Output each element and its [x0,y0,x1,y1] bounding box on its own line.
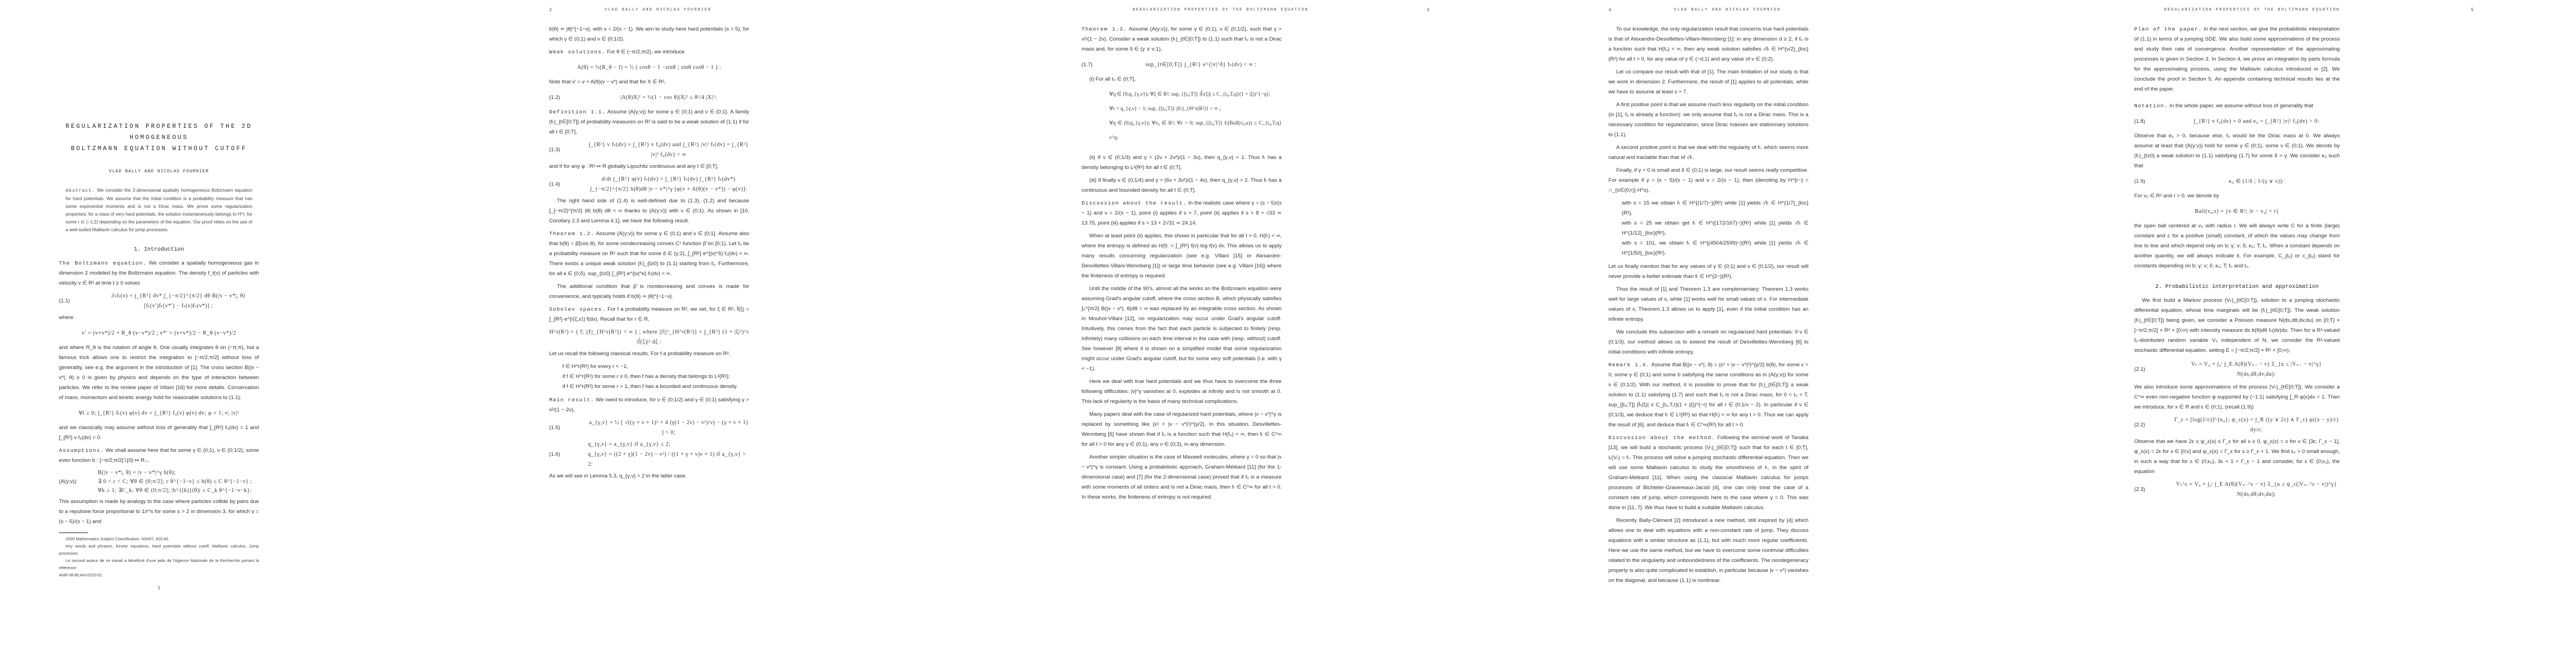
equation-1-1: (1.1) ∂ₜfₜ(v) = ∫_{R²} dv* ∫_{−π/2}^{π/2… [59,291,259,311]
equation-1-6: (1.6) q_{γ,ν} = a_{γ,ν} if a_{γ,ν} ≤ 2; … [549,440,749,470]
equation-line: ∃ 0 < c < C; ∀θ ∈ (0;π/2]; c θ^{−1−ν} ≤ … [98,477,259,486]
equation-body: ∀t ≥ 0; ∫_{R²} fₜ(v) φ(v) dv = ∫_{R²} f₀… [59,409,259,419]
page-number: 2 [549,8,552,13]
equation-2-2: (2.2) Γ_ε = [log(1/ε)]^{κ₀}; ψ_ε(x) = ∫_… [2134,415,2340,435]
list-item: f ∈ H^r(R²) for every r < −1; [554,362,749,372]
theorem-item-ii: (ii) If ν ∈ (0;1/3) and γ > (2ν + 2ν²)/(… [1082,153,1282,173]
equation-1-7: (1.7) sup_{t∈[0;T]} ∫_{R²} e^{|v|^δ} fₜ(… [1082,57,1282,73]
running-head: VLAD BALLY AND NICOLAS FOURNIER [605,8,711,12]
equation-number: (A(γ;ν)) [59,477,98,487]
paragraph: We conclude this subsection with a remar… [1608,327,1808,357]
paragraph: where [59,313,259,323]
paragraph: This assumption is made by analogy to th… [59,497,259,527]
equation-body: ∫_{R²} v fₜ(dv) = ∫_{R²} v f₀(dv) and ∫_… [588,140,749,160]
paragraph: Main result. We need to introduce, for ν… [549,395,749,415]
title-line-2: BOLTZMANN EQUATION WITHOUT CUTOFF [59,143,259,155]
equation-body: Ball(v₀;r) = {v ∈ R²; |v − v₀| < r} [2134,207,2340,217]
equation-line: q_{γ,ν} = a_{γ,ν} if a_{γ,ν} ≤ 2; [588,440,749,450]
page-4: 4 VLAD BALLY AND NICOLAS FOURNIER To our… [1551,0,2067,667]
paragraph-label: The Boltzmann equation. [59,260,147,266]
page-3: REGULARIZATION PROPERTIES OF THE BOLTZMA… [1034,0,1551,667]
equation-body: Γ_ε = [log(1/ε)]^{κ₀}; ψ_ε(x) = ∫_R ((y … [2173,415,2340,435]
list-item: with s = 25 we obtain get fₜ ∈ H^{(172/1… [1613,218,1808,238]
paragraph: We first build a Markov process (Vₜ)_{t∈… [2134,296,2340,356]
page-5-content: Plan of the paper. In the next section, … [2134,24,2340,501]
abstract: Abstract. We consider the 2-dimensional … [66,187,252,234]
paragraph-label: Remark 1.4. [1608,362,1650,368]
list-item: with s = 15 we obtain fₜ ∈ H^{(1/7)−}(R²… [1613,198,1808,218]
running-head: VLAD BALLY AND NICOLAS FOURNIER [1674,8,1781,12]
equation-number: (1.8) [2134,117,2173,127]
equation-line: ∀k ≥ 1; ∃C_k; ∀θ ∈ (0;π/2]; |b^{(k)}(θ)|… [98,486,259,495]
equation-line: ∀r < q_{γ,ν} − 1; sup_{[t₀;T]} ||fₜ||_{H… [1109,102,1282,116]
paragraph: Another simpler situation is the case of… [1082,452,1282,502]
equation-1-3: (1.3) ∫_{R²} v fₜ(dv) = ∫_{R²} v f₀(dv) … [549,140,749,160]
paragraph: and we classically may assume without lo… [59,423,259,443]
paragraph-text: For θ ∈ (−π/2;π/2), we introduce [607,49,685,55]
equation-2-1: (2.1) Vₜ = V₀ + ∫₀ᵗ ∫_E A(θ)(Vₛ₋ − v) 𝟙_… [2134,359,2340,381]
recall-list: f ∈ H^r(R²) for every r < −1; if f ∈ H^r… [554,362,749,392]
paper-title: REGULARIZATION PROPERTIES OF THE 2D HOMO… [59,121,259,155]
footnote: Le second auteur de ce travail a bénéfic… [59,557,259,571]
equation-number: (1.7) [1082,60,1120,70]
equation-Hr: H^r(R²) = { f; ||f||_{H^r(R²)} < ∞ } ; w… [549,327,749,347]
equation-body: Vₜ^ε = V₀ + ∫₀ᵗ ∫_E A(θ)(Vₛ₋^ε − v) 𝟙_{u… [2173,480,2340,500]
page-2: 2 VLAD BALLY AND NICOLAS FOURNIER b(θ) ≃… [517,0,1034,667]
equation-line: B(|v − v*|, θ) = |v − v*|^γ b(θ); [98,469,259,477]
theorem-item-i-equations: ∀q ∈ (0;q_{γ,ν}); ∀ξ ∈ R²; sup_{[t₀;T]} … [1082,87,1282,145]
page-1: REGULARIZATION PROPERTIES OF THE 2D HOMO… [0,0,517,667]
paragraph-text: Assume (A(γ;ν)) for some γ ∈ (0;1) and ν… [549,231,749,277]
paragraph: Thus the result of [1] and Theorem 1.3 a… [1608,285,1808,325]
paragraph-text: In the next section, we give the probabi… [2134,26,2340,92]
paragraph: Let us recall the following classical re… [549,349,749,359]
paragraph-label: Notation. [2134,103,2168,109]
equation-number: (2.2) [2134,420,2173,430]
paragraph: Observe that e₀ > 0, because else, f₀ wo… [2134,131,2340,171]
paragraph: Sobolev spaces. For f a probability meas… [549,305,749,325]
theorem-item-i: (i) For all t₀ ∈ (0;T], [1082,74,1282,84]
equation-A-theta: A(θ) = ½(R_θ − I) = ½ ( cosθ − 1 −sinθ ;… [549,60,749,76]
paragraph: and if for any φ : R² ↦ R globally Lipsc… [549,162,749,172]
equation-body: q_{γ,ν} = a_{γ,ν} if a_{γ,ν} ≤ 2; q_{γ,ν… [588,440,749,470]
page-1-content: REGULARIZATION PROPERTIES OF THE 2D HOMO… [59,121,259,593]
equation-body: a_{γ,ν} = ½ [ √((γ + ν + 1)² + 4 (γ(1 − … [588,418,749,438]
paragraph-label: Plan of the paper. [2134,26,2202,32]
footnote: 2000 Mathematics Subject Classification.… [59,535,259,542]
equation-line: ∀q ∈ (0;q_{γ,ν}); ∀v₀ ∈ R²; ∀ε > 0; sup_… [1109,116,1282,145]
paragraph: the open ball centered at v₀ with radius… [2134,221,2340,271]
abstract-label: Abstract. [66,188,95,193]
equation-number: (1.5) [549,423,588,433]
paragraph: To our knowledge, the only regularizatio… [1608,24,1808,64]
paragraph: We also introduce some approximations of… [2134,382,2340,412]
paragraph-label: Assumptions. [59,447,104,454]
equation-body: ∂ₜfₜ(v) = ∫_{R²} dv* ∫_{−π/2}^{π/2} dθ B… [98,291,259,311]
footnote: Key words and phrases. Kinetic equations… [59,542,259,557]
paragraph: Note that v′ = v + A(θ)(v − v*) and that… [549,77,749,87]
equation-1-9: (1.9) κ₀ ∈ (1/δ ; 1/(γ ∨ ν)): [2134,174,2340,190]
equation-number: (2.3) [2134,485,2173,495]
theorem-item-iii: (iii) If finally ν ∈ (0;1/4) and γ > (6ν… [1082,176,1282,196]
paragraph: Plan of the paper. In the next section, … [2134,24,2340,94]
equation-body: |A(θ)X|² = ½(1 − cos θ)|X|² ≤ θ²/4 |X|²: [588,93,749,103]
equation-number: (1.3) [549,145,588,155]
equation-body: d/dt ∫_{R²} φ(v) fₜ(dv) = ∫_{R²} fₜ(dv) … [588,175,749,195]
paragraph-label: Theorem 1.3. [1082,26,1127,32]
page-number: 3 [1427,8,1429,13]
equation-2-3: (2.3) Vₜ^ε = V₀ + ∫₀ᵗ ∫_E A(θ)(Vₛ₋^ε − v… [2134,480,2340,500]
paragraph: and where R_θ is the rotation of angle θ… [59,343,259,403]
theorem-1-3: Theorem 1.3. Assume (A(γ;ν)), for some γ… [1082,24,1282,54]
list-item: if f ∈ H^r(R²) for some r > 1, then f ha… [554,382,749,392]
paragraph: Many papers deal with the case of regula… [1082,410,1282,450]
page-3-content: Theorem 1.3. Assume (A(γ;ν)), for some γ… [1082,24,1282,505]
example-list: with s = 15 we obtain fₜ ∈ H^{(1/7)−}(R²… [1613,198,1808,258]
page-number: 4 [1608,8,1611,13]
paragraph: Here we deal with true hard potentials a… [1082,377,1282,407]
authors: VLAD BALLY AND NICOLAS FOURNIER [59,167,259,177]
page-number: 1 [59,583,259,593]
paragraph-text: Following the seminal work of Tanaka [13… [1608,435,1808,511]
page-5: REGULARIZATION PROPERTIES OF THE BOLTZMA… [2067,0,2576,667]
paragraph-text: Assume that B(|v − v*|, θ) = (ε² + |v − … [1608,362,1808,428]
paragraph: Discussion about the method. Following t… [1608,433,1808,513]
equation-1-4: (1.4) d/dt ∫_{R²} φ(v) fₜ(dv) = ∫_{R²} f… [549,175,749,195]
page-2-content: b(θ) ≃ |θ|^{−1−ν}, with ν = 2/(s − 1). W… [549,24,749,484]
paragraph: The additional condition that β̃ is nond… [549,282,749,302]
page-4-content: To our knowledge, the only regularizatio… [1608,24,1808,589]
paragraph: Notation. In the whole paper, we assume … [2134,101,2340,111]
paragraph-label: Discussion about the result. [1082,200,1187,206]
equation-body: H^r(R²) = { f; ||f||_{H^r(R²)} < ∞ } ; w… [549,327,749,347]
paragraph: Discussion about the result. In the real… [1082,198,1282,228]
equation-number: (2.1) [2134,365,2173,375]
paragraph-label: Weak solutions. [549,49,605,55]
equation-body: Vₜ = V₀ + ∫₀ᵗ ∫_E A(θ)(Vₛ₋ − v) 𝟙_{u ≤ |… [2173,360,2340,380]
equation-1-8: (1.8) ∫_{R²} v f₀(dv) = 0 and e₀ = ∫_{R²… [2134,114,2340,130]
equation-assumption-A: (A(γ;ν)) B(|v − v*|, θ) = |v − v*|^γ b(θ… [59,469,259,495]
equation-number: (1.6) [549,450,588,460]
equation-body: A(θ) = ½(R_θ − I) = ½ ( cosθ − 1 −sinθ ;… [549,63,749,73]
paragraph: A second positive point is that we deal … [1608,143,1808,163]
paragraph: Assumptions. We shall assume here that f… [59,446,259,466]
paragraph-label: Theorem 1.2. [549,231,595,237]
footnote-rule [59,532,88,533]
equation-body: ∫_{R²} v f₀(dv) = 0 and e₀ = ∫_{R²} |v|²… [2173,117,2340,127]
paragraph: Until the middle of the 90's, almost all… [1082,284,1282,374]
section-heading-probabilistic: 2. Probabilistic interpretation and appr… [2134,282,2340,292]
paragraph: The Boltzmann equation. We consider a sp… [59,258,259,288]
equation-ball: Ball(v₀;r) = {v ∈ R²; |v − v₀| < r} [2134,204,2340,220]
paragraph-label: Discussion about the method. [1608,435,1715,441]
running-head: REGULARIZATION PROPERTIES OF THE BOLTZMA… [1133,8,1308,12]
running-head: REGULARIZATION PROPERTIES OF THE BOLTZMA… [2164,8,2340,12]
paragraph-label: Sobolev spaces. [549,306,606,312]
equation-body: sup_{t∈[0;T]} ∫_{R²} e^{|v|^δ} fₜ(dv) < … [1120,60,1282,70]
paragraph: Let us finally mention that for any valu… [1608,262,1808,282]
paragraph: The right hand side of (1.4) is well-def… [549,196,749,226]
equation-conservation: ∀t ≥ 0; ∫_{R²} fₜ(v) φ(v) dv = ∫_{R²} f₀… [59,406,259,421]
equation-1-5: (1.5) a_{γ,ν} = ½ [ √((γ + ν + 1)² + 4 (… [549,418,749,438]
list-item: if f ∈ H^r(R²) for some r ≥ 0, then f ha… [554,372,749,382]
equation-number: (1.4) [549,180,588,190]
paragraph: Finally, if γ > 0 is small and δ ∈ (0;1)… [1608,166,1808,196]
paragraph: b(θ) ≃ |θ|^{−1−ν}, with ν = 2/(s − 1). W… [549,24,749,44]
paragraph: Observe that we have 2ε ≤ ψ_ε(x) ≤ Γ_ε f… [2134,437,2340,477]
remark-1-4: Remark 1.4. Assume that B(|v − v*|, θ) =… [1608,360,1808,430]
theorem-1-2: Theorem 1.2. Assume (A(γ;ν)) for some γ … [549,229,749,279]
equation-line: q_{γ,ν} = ((2 + γ)(1 − 2ν) − ν²) / ((1 +… [588,450,749,470]
equation-1-2: (1.2) |A(θ)X|² = ½(1 − cos θ)|X|² ≤ θ²/4… [549,90,749,106]
equation-number: (1.1) [59,296,98,306]
paragraph: As we will see in Lemma 5.3, q_{γ,ν} > 2… [549,471,749,481]
paragraph-text: In the whole paper, we assume without lo… [2170,103,2314,109]
paragraph: A first positive point is that we assume… [1608,100,1808,140]
paragraph: For v₀ ∈ R² and r > 0, we denote by [2134,191,2340,201]
title-line-1: REGULARIZATION PROPERTIES OF THE 2D HOMO… [59,121,259,143]
list-item: with s = 101, we obtain fₜ ∈ H^{(4504/25… [1613,238,1808,258]
paragraph: When at least point (ii) applies, this s… [1082,231,1282,281]
page-number: 5 [2471,8,2474,13]
paragraph-label: Definition 1.1. [549,109,606,115]
equation-body: v′ = (v+v*)/2 + R_θ (v−v*)/2 ; v*′ = (v+… [59,328,259,339]
paragraph: Recently Bally-Clément [2] introduced a … [1608,516,1808,586]
equation-line: ∀q ∈ (0;q_{γ,ν}); ∀ξ ∈ R²; sup_{[t₀;T]} … [1109,87,1282,102]
paragraph-label: Main result. [549,397,594,403]
equation-body: κ₀ ∈ (1/δ ; 1/(γ ∨ ν)): [2173,177,2340,187]
equation-number: (1.2) [549,93,588,103]
equation-body: B(|v − v*|, θ) = |v − v*|^γ b(θ); ∃ 0 < … [98,469,259,495]
equation-vprime: v′ = (v+v*)/2 + R_θ (v−v*)/2 ; v*′ = (v+… [59,326,259,341]
section-heading-introduction: 1. Introduction [59,245,259,255]
definition-1-1: Definition 1.1. Assume (A(γ;ν)) for some… [549,107,749,137]
abstract-text: We consider the 2-dimensional spatially … [66,188,252,232]
footnote: ANR-08-BLAN-0220-01. [59,571,259,579]
paragraph: Let us compare our result with that of [… [1608,67,1808,97]
paragraph: Weak solutions. For θ ∈ (−π/2;π/2), we i… [549,47,749,57]
equation-number: (1.9) [2134,177,2173,187]
